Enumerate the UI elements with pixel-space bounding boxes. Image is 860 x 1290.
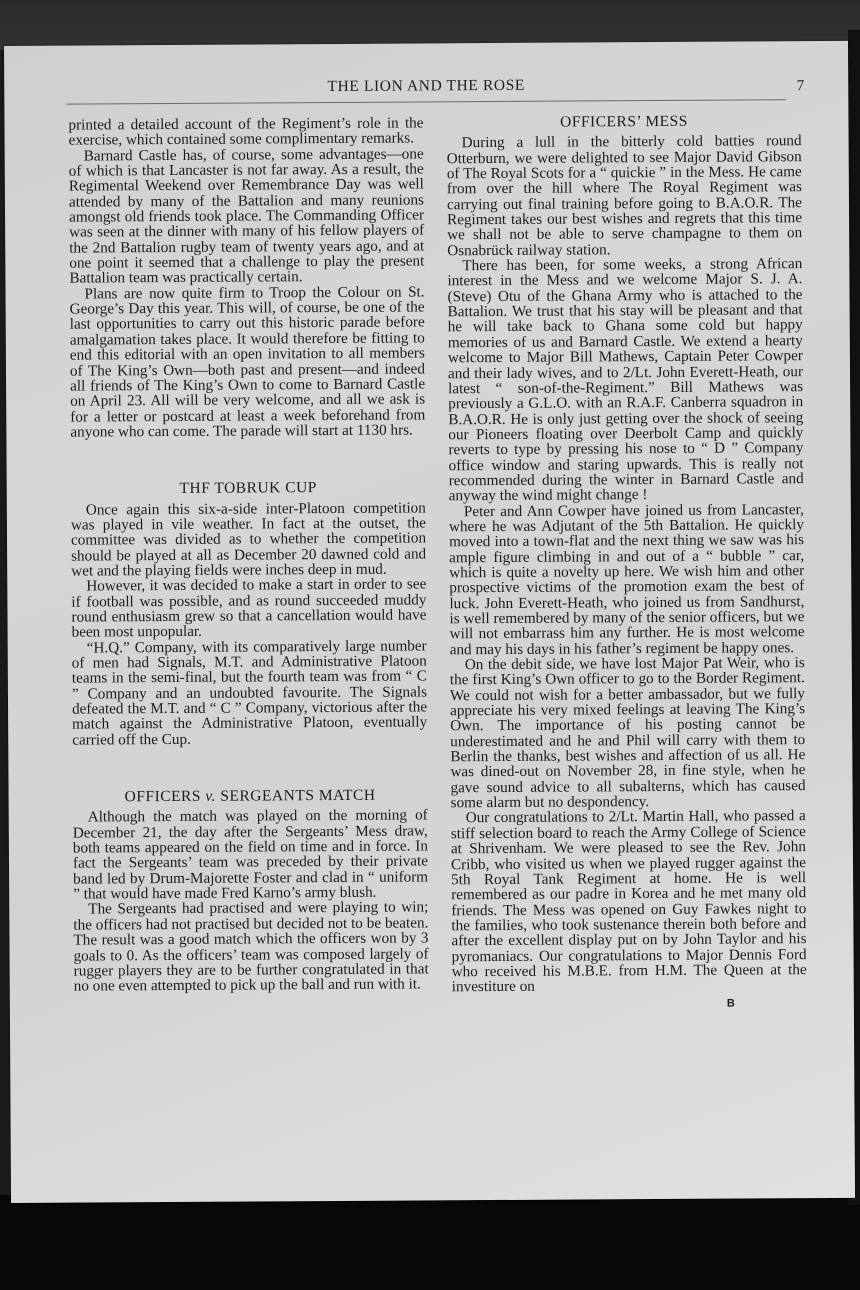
heading-part: OFFICERS (125, 788, 206, 805)
page-number: 7 (797, 78, 805, 95)
paragraph: Plans are now quite firm to Troop the Co… (69, 284, 425, 440)
paragraph: “H.Q.” Company, with its comparatively l… (72, 638, 428, 748)
running-header: THE LION AND THE ROSE 7 (66, 71, 786, 104)
running-title: THE LION AND THE ROSE (66, 75, 786, 97)
scan-background-bottom (0, 1195, 860, 1290)
paragraph: Barnard Castle has, of course, some adva… (69, 146, 425, 286)
paragraph: However, it was decided to make a start … (71, 577, 426, 641)
paragraph: The Sergeants had practised and were pla… (73, 900, 429, 994)
paragraph: On the debit side, we have lost Major Pa… (450, 655, 806, 811)
paragraph: Peter and Ann Cowper have joined us from… (449, 502, 805, 658)
left-column: printed a detailed account of the Regime… (68, 115, 428, 994)
paragraph: Although the match was played on the mor… (73, 808, 429, 902)
signature-mark: B (452, 996, 735, 1013)
paragraph: During a lull in the bitterly cold batti… (447, 133, 803, 258)
heading-part: SERGEANTS MATCH (216, 787, 376, 805)
paragraph: Once again this six-a-side inter-Platoon… (71, 500, 426, 579)
right-column: OFFICERS’ MESS During a lull in the bitt… (446, 113, 806, 1013)
heading-versus: v. (205, 788, 216, 805)
paragraph: Our congratulations to 2/Lt. Martin Hall… (451, 809, 807, 995)
paragraph: There has been, for some weeks, a strong… (447, 256, 803, 504)
document-page: THE LION AND THE ROSE 7 printed a detail… (4, 41, 855, 1203)
paragraph: printed a detailed account of the Regime… (68, 115, 423, 148)
section-heading-officers-v-sergeants: OFFICERS v. SERGEANTS MATCH (73, 787, 428, 805)
